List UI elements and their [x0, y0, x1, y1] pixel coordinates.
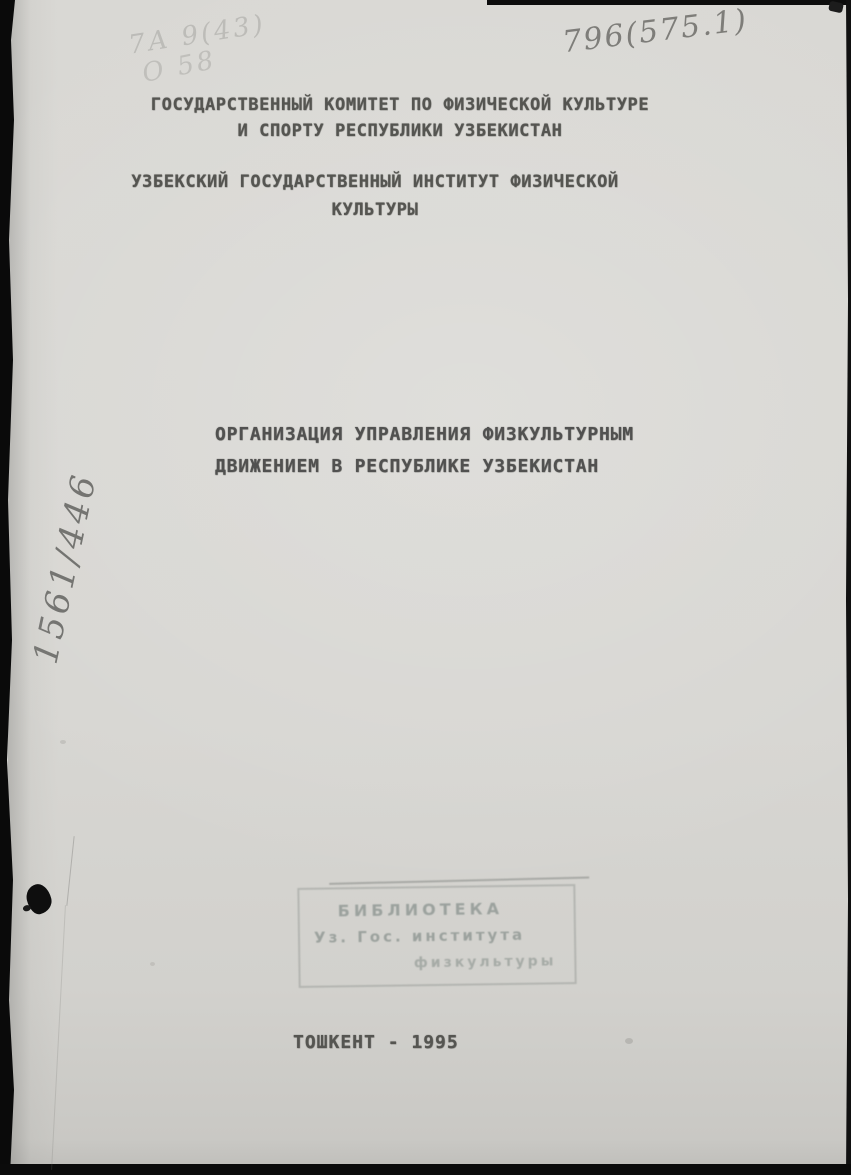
right-edge-black-line [846, 0, 851, 1175]
handwritten-udc-code: 796(575.1) [561, 3, 750, 60]
document-title-line2: ДВИЖЕНИЕМ В РЕСПУБЛИКЕ УЗБЕКИСТАН [215, 456, 599, 477]
imprint-city-year: ТОШКЕНТ - 1995 [293, 1032, 459, 1053]
stamp-line-library: БИБЛИОТЕКА [309, 894, 563, 925]
scan-speck [60, 740, 66, 744]
scanned-page: 7А 9(43) О 58 796(575.1) ГОСУДАРСТВЕННЫЙ… [0, 0, 851, 1175]
library-stamp: БИБЛИОТЕКА Уз. Гос. института физкультур… [297, 884, 576, 988]
top-right-corner-mark [828, 1, 844, 14]
scan-speck [625, 1038, 633, 1044]
stamp-line-department: физкультуры [310, 948, 564, 979]
header-institute-line1: УЗБЕКСКИЙ ГОСУДАРСТВЕННЫЙ ИНСТИТУТ ФИЗИЧ… [0, 172, 750, 192]
left-edge-shadow [8, 0, 58, 1175]
bottom-edge-black-strip [0, 1164, 851, 1175]
scan-speck [150, 962, 155, 966]
document-title-line1: ОРГАНИЗАЦИЯ УПРАВЛЕНИЯ ФИЗКУЛЬТУРНЫМ [215, 424, 634, 445]
top-edge-black-line [487, 0, 851, 5]
header-committee-line1: ГОСУДАРСТВЕННЫЙ КОМИТЕТ ПО ФИЗИЧЕСКОЙ КУ… [0, 95, 800, 115]
header-institute-line2: КУЛЬТУРЫ [0, 200, 750, 220]
stamp-line-institute: Уз. Гос. института [310, 921, 564, 952]
header-committee-line2: И СПОРТУ РЕСПУБЛИКИ УЗБЕКИСТАН [0, 121, 800, 141]
paper-crease [66, 836, 74, 906]
